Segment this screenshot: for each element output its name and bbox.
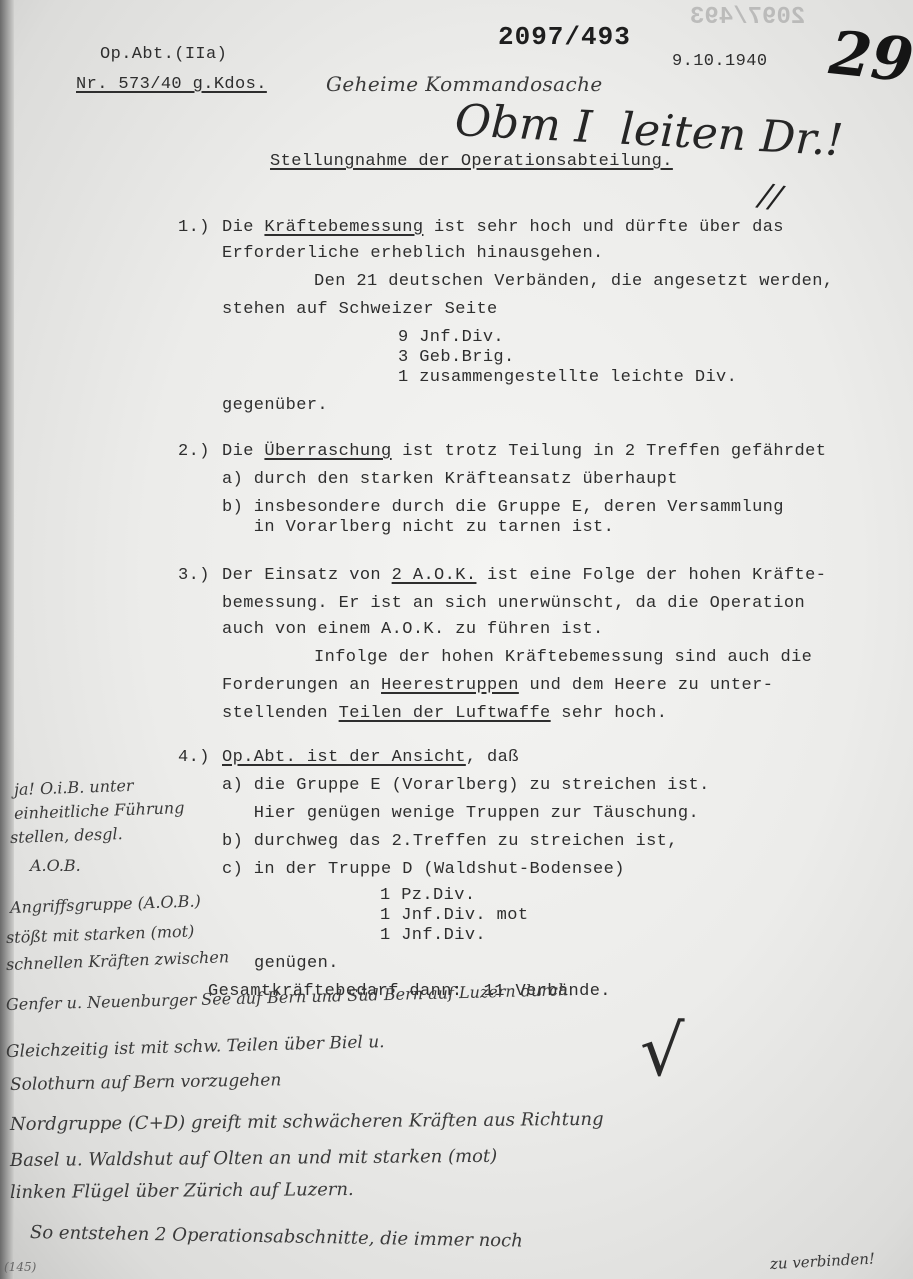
section-3-line-6: stellenden Teilen der Luftwaffe sehr hoc… xyxy=(222,704,667,723)
section-4-number: 4.) xyxy=(178,748,210,767)
section-2-item-b: b) insbesondere durch die Gruppe E, dere… xyxy=(222,498,784,517)
section-4-list-item: 1 Pz.Div. xyxy=(380,886,475,905)
section-4-item-c: c) in der Truppe D (Waldshut-Bodensee) xyxy=(222,860,625,879)
document-title: Stellungnahme der Operationsabteilung. xyxy=(270,152,673,171)
section-2-item-a: a) durch den starken Kräfteansatz überha… xyxy=(222,470,678,489)
handwritten-note-line: schnellen Kräften zwischen xyxy=(6,947,230,974)
margin-note: stellen, desgl. xyxy=(10,824,123,847)
section-1-list-item: 9 Jnf.Div. xyxy=(398,328,504,347)
handwritten-mark: // xyxy=(757,175,785,216)
handwritten-note-line: Solothurn auf Bern vorzugehen xyxy=(10,1070,282,1095)
margin-note: einheitliche Führung xyxy=(14,798,185,823)
handwritten-note-line: Nordgruppe (C+D) greift mit schwächeren … xyxy=(10,1109,604,1135)
section-4-genuegen: genügen. xyxy=(254,954,339,973)
reference-number: Nr. 573/40 g.Kdos. xyxy=(76,75,267,94)
handwritten-note-line: zu verbinden! xyxy=(770,1250,876,1273)
section-1-line-2: Erforderliche erheblich hinausgehen. xyxy=(222,244,604,263)
section-2-line-1: Die Überraschung ist trotz Teilung in 2 … xyxy=(222,442,826,461)
section-3-line-3: auch von einem A.O.K. zu führen ist. xyxy=(222,620,604,639)
section-3-line-2: bemessung. Er ist an sich unerwünscht, d… xyxy=(222,594,805,613)
document-number: 2097/493 xyxy=(498,22,631,52)
section-1-line-3: Den 21 deutschen Verbänden, die angesetz… xyxy=(314,272,833,291)
section-4-list-item: 1 Jnf.Div. xyxy=(380,926,486,945)
document-date: 9.10.1940 xyxy=(672,52,767,71)
section-1-line-4: stehen auf Schweizer Seite xyxy=(222,300,498,319)
classification-stamp: Geheime Kommandosache xyxy=(326,72,603,96)
section-1-line-1: Die Kräftebemessung ist sehr hoch und dü… xyxy=(222,218,784,237)
section-2-number: 2.) xyxy=(178,442,210,461)
section-2-item-b-cont: in Vorarlberg nicht zu tarnen ist. xyxy=(222,518,614,537)
section-1-list-item: 1 zusammengestellte leichte Div. xyxy=(398,368,737,387)
handwritten-note-line: stößt mit starken (mot) xyxy=(6,921,195,947)
checkmark-icon: √ xyxy=(640,1010,685,1092)
section-3-line-5: Forderungen an Heerestruppen und dem Hee… xyxy=(222,676,773,695)
section-4-list-item: 1 Jnf.Div. mot xyxy=(380,906,528,925)
section-4-item-a-cont: Hier genügen wenige Truppen zur Täuschun… xyxy=(222,804,699,823)
section-4-line-1: Op.Abt. ist der Ansicht, daß xyxy=(222,748,519,767)
handwritten-note-line: Angriffsgruppe (A.O.B.) xyxy=(10,891,201,917)
document-page: 2097/493 Op.Abt.(IIa) Nr. 573/40 g.Kdos.… xyxy=(0,0,913,1279)
section-3-number: 3.) xyxy=(178,566,210,585)
section-1-list-item: 3 Geb.Brig. xyxy=(398,348,515,367)
handwritten-note-line: linken Flügel über Zürich auf Luzern. xyxy=(10,1179,354,1203)
section-4-item-b: b) durchweg das 2.Treffen zu streichen i… xyxy=(222,832,678,851)
section-1-number: 1.) xyxy=(178,218,210,237)
bleed-through-number: 2097/493 xyxy=(690,4,805,31)
section-1-line-5: gegenüber. xyxy=(222,396,328,415)
handwritten-note-line: Basel u. Waldshut auf Olten an und mit s… xyxy=(10,1146,497,1171)
section-3-line-4: Infolge der hohen Kräftebemessung sind a… xyxy=(314,648,812,667)
office-label: Op.Abt.(IIa) xyxy=(100,45,227,64)
handwritten-note-line: Gleichzeitig ist mit schw. Teilen über B… xyxy=(6,1032,385,1062)
margin-note: A.O.B. xyxy=(30,856,81,875)
corner-note: (145) xyxy=(4,1260,36,1274)
handwritten-note-line: So entstehen 2 Operationsabschnitte, die… xyxy=(30,1222,523,1252)
margin-note: ja! O.i.B. unter xyxy=(14,776,134,799)
section-4-item-a: a) die Gruppe E (Vorarlberg) zu streiche… xyxy=(222,776,710,795)
section-3-line-1: Der Einsatz von 2 A.O.K. ist eine Folge … xyxy=(222,566,826,585)
handwritten-page-number: 29 xyxy=(826,18,913,96)
